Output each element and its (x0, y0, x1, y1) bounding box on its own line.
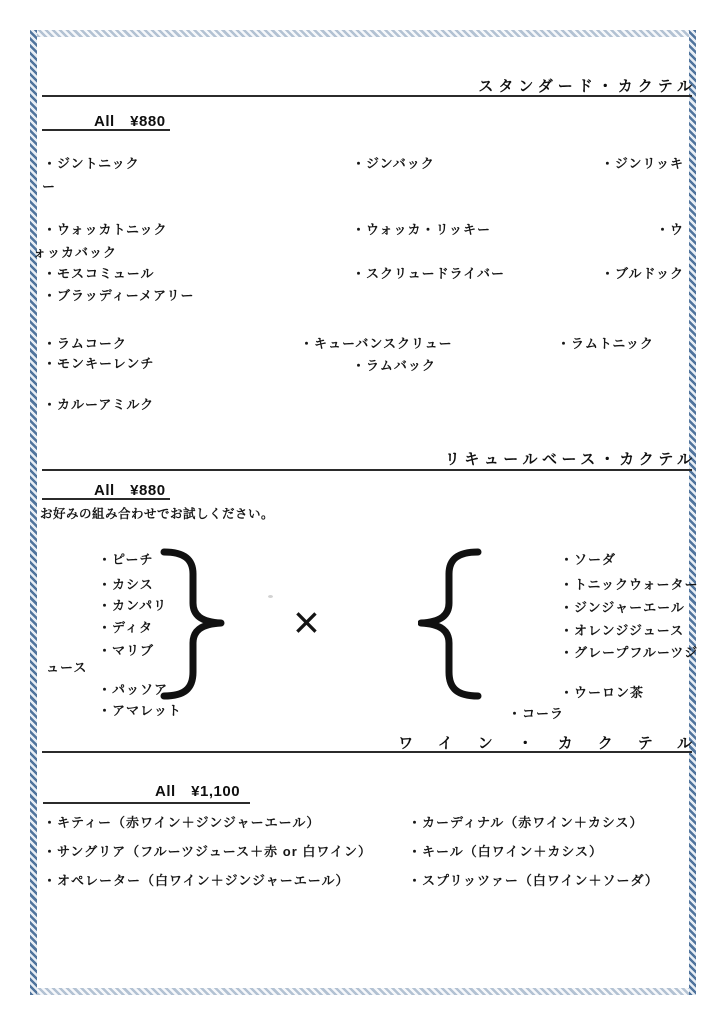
page-border-right (689, 30, 696, 995)
price-underline-standard (42, 129, 170, 131)
menu-item-vodka-tonic: ・ウォッカトニック (43, 222, 167, 237)
menu-item-gin-tonic: ・ジントニック (43, 156, 140, 171)
page-border-top (30, 30, 696, 37)
wine-item-cardinal: ・カーディナル（赤ワイン＋カシス） (408, 815, 644, 830)
liqueur-item-peach: ・ピーチ (98, 552, 153, 567)
mixer-item-soda: ・ソーダ (560, 552, 616, 567)
menu-item-rum-tonic: ・ラムトニック (557, 336, 654, 351)
left-brace-icon (418, 546, 484, 702)
price-underline-liqueur (42, 498, 170, 500)
mixer-item-orange-juice: ・オレンジジュース (560, 623, 684, 638)
wine-item-spritzer: ・スプリッツァー（白ワイン＋ソーダ） (408, 873, 659, 888)
mixer-item-tonic-water: ・トニックウォーター (560, 577, 698, 592)
liqueur-item-cassis: ・カシス (98, 577, 154, 592)
menu-item-gin-rickey-wrap: ー (42, 179, 56, 194)
menu-item-vodka-buck: ・ウ (656, 222, 684, 237)
menu-item-monkey-wrench: ・モンキーレンチ (43, 356, 154, 371)
wine-item-operator: ・オペレーター（白ワイン＋ジンジャーエール） (43, 873, 349, 888)
section-divider-wine (42, 751, 692, 753)
wine-item-sangria: ・サングリア（フルーツジュース＋赤 or 白ワイン） (43, 844, 372, 859)
faint-mark (268, 595, 273, 598)
menu-item-moscow-mule: ・モスコミュール (43, 266, 154, 281)
right-brace-icon (158, 546, 230, 702)
section-title-liqueur: リキュールベース・カクテル (42, 448, 697, 469)
liqueur-item-amaretto: ・アマレット (98, 703, 182, 718)
menu-page: スタンダード・カクテル All ¥880 ・ジントニック ・ジンバック ・ジンリ… (0, 0, 724, 1024)
liqueur-item-dita: ・ディタ (98, 620, 153, 635)
menu-item-vodka-rickey: ・ウォッカ・リッキー (352, 222, 491, 237)
menu-item-vodka-buck-wrap: ォッカバック (33, 245, 117, 260)
multiply-icon: × (293, 599, 320, 645)
liqueur-item-malibu: ・マリブ (98, 643, 154, 658)
menu-item-cuban-screw: ・キューバンスクリュー (300, 336, 453, 351)
liqueur-note: お好みの組み合わせでお試しください。 (40, 504, 274, 522)
mixer-item-juice-wrap: ュース (46, 660, 87, 675)
section-divider-standard (42, 95, 692, 97)
page-border-left (30, 30, 37, 995)
menu-item-screwdriver: ・スクリュードライバー (352, 266, 505, 281)
price-standard: All ¥880 (94, 110, 166, 131)
menu-item-bulldog: ・ブルドック (601, 266, 684, 281)
menu-item-kahlua-milk: ・カルーアミルク (43, 397, 154, 412)
price-liqueur: All ¥880 (94, 479, 166, 500)
menu-item-gin-buck: ・ジンバック (352, 156, 435, 171)
liqueur-item-campari: ・カンパリ (98, 598, 167, 613)
wine-item-kir: ・キール（白ワイン＋カシス） (408, 844, 603, 859)
page-border-bottom (30, 988, 696, 995)
section-title-wine: ワイン・カクテル (42, 732, 717, 753)
mixer-item-oolong-tea: ・ウーロン茶 (560, 685, 644, 700)
wine-item-kitty: ・キティー（赤ワイン＋ジンジャーエール） (43, 815, 320, 830)
menu-item-gin-rickey: ・ジンリッキ (601, 156, 684, 171)
price-wine: All ¥1,100 (155, 780, 240, 801)
menu-item-rum-buck: ・ラムバック (352, 358, 436, 373)
mixer-item-ginger-ale: ・ジンジャーエール (560, 600, 685, 615)
section-divider-liqueur (42, 469, 692, 471)
menu-item-rum-coke: ・ラムコーク (43, 336, 127, 351)
price-underline-wine (43, 802, 250, 804)
mixer-item-grapefruit-juice: ・グレープフルーツジ (560, 645, 698, 660)
menu-item-bloody-mary: ・ブラッディーメアリー (43, 288, 195, 303)
section-title-standard: スタンダード・カクテル (42, 75, 697, 96)
mixer-item-cola: ・コーラ (508, 706, 564, 721)
